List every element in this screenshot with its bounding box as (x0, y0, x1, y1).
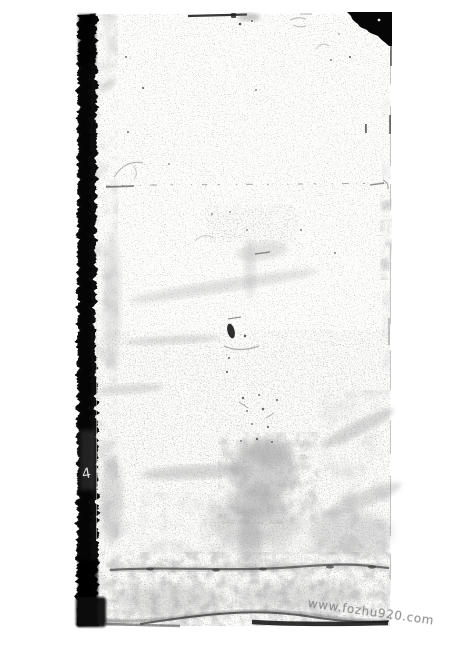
speck-dot (246, 410, 248, 412)
speck-dot (211, 213, 213, 215)
scan-artwork (0, 0, 468, 662)
speck-dash (365, 124, 367, 133)
scanned-document-page: 4 www.fozhu920.com (0, 0, 468, 662)
speck-dot (300, 229, 302, 231)
speck-dot (246, 229, 248, 231)
speck-dot (239, 23, 242, 26)
speck-dot (256, 438, 258, 440)
speck-dot (330, 59, 332, 61)
speck-dot (334, 252, 336, 254)
speck-dot (142, 87, 144, 89)
speck-dot (262, 408, 265, 411)
speck-dot (349, 56, 351, 58)
speck-dot (251, 423, 253, 425)
speck-dot (271, 441, 273, 443)
speck-dot (125, 56, 127, 58)
speck-dot (229, 211, 231, 213)
speck-dot (240, 440, 242, 442)
speck-dot (168, 163, 170, 165)
speck-dot (255, 89, 257, 91)
speck-dot (276, 399, 278, 401)
speck-dot (338, 33, 340, 35)
speck-dot (127, 131, 129, 133)
speck-dot (258, 394, 260, 396)
speck-dot (267, 426, 269, 428)
speck-dot (242, 397, 244, 399)
